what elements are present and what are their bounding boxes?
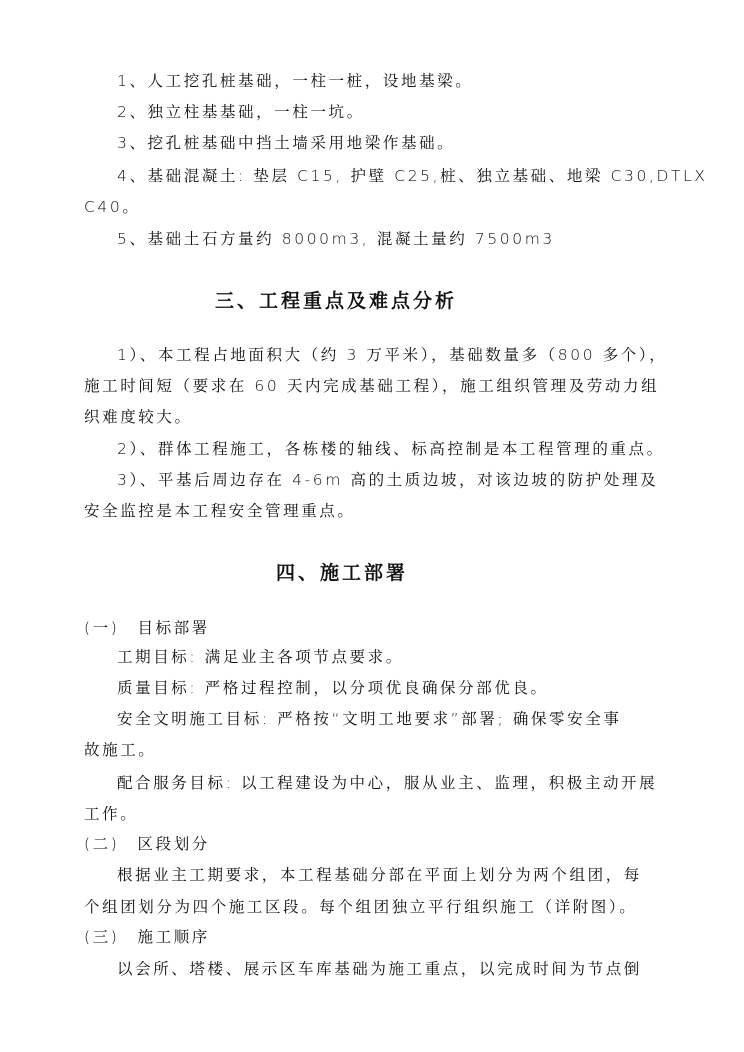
- subsection-1-line: 质量目标: 严格过程控制，以分项优良确保分部优良。: [117, 677, 549, 699]
- section-3-line: 3）、平基后周边存在 4-6m 高的土质边坡，对该边坡的防护处理及: [117, 469, 658, 491]
- section-3-line: 织难度较大。: [84, 406, 193, 428]
- subsection-2-title: (二) 区段划分: [84, 833, 210, 855]
- list-item-3: 3、挖孔桩基础中挡土墙采用地梁作基础。: [117, 132, 455, 154]
- subsection-1-line: 配合服务目标: 以工程建设为中心，服从业主、监理，积极主动开展: [117, 772, 657, 794]
- subsection-3-title: (三) 施工顺序: [84, 926, 210, 948]
- section-3-line: 2）、群体工程施工，各栋楼的轴线、标高控制是本工程管理的重点。: [117, 438, 665, 460]
- section-3-line: 1）、本工程占地面积大（约 3 万平米），基础数量多（800 多个），: [117, 344, 667, 366]
- section-3-line: 安全监控是本工程安全管理重点。: [84, 500, 356, 522]
- list-item-1: 1、人工挖孔桩基础，一柱一桩，设地基梁。: [117, 70, 473, 92]
- subsection-1-line: 安全文明施工目标: 严格按“文明工地要求”部署; 确保零安全事: [117, 708, 621, 730]
- subsection-1-line: 工期目标: 满足业主各项节点要求。: [117, 646, 404, 668]
- list-item-4: 4、基础混凝土: 垫层 C15, 护壁 C25,桩、独立基础、地梁 C30,DT…: [117, 165, 708, 187]
- subsection-1-title: (一) 目标部署: [84, 617, 210, 639]
- subsection-1-line: 故施工。: [84, 739, 156, 761]
- subsection-2-line: 根据业主工期要求，本工程基础分部在平面上划分为两个组团，每: [117, 864, 642, 886]
- subsection-3-line: 以会所、塔楼、展示区车库基础为施工重点，以完成时间为节点倒: [117, 958, 642, 980]
- section-3-heading: 三、工程重点及难点分析: [215, 288, 457, 314]
- section-4-heading: 四、施工部署: [276, 560, 408, 586]
- subsection-2-line: 个组团划分为四个施工区段。每个组团独立平行组织施工（详附图）。: [84, 896, 637, 918]
- list-item-4-cont: C40。: [84, 196, 140, 218]
- section-3-line: 施工时间短（要求在 60 天内完成基础工程），施工组织管理及劳动力组: [84, 375, 659, 397]
- list-item-5: 5、基础土石方量约 8000m3, 混凝土量约 7500m3: [117, 228, 555, 250]
- list-item-2: 2、独立柱基基础，一柱一坑。: [117, 101, 365, 123]
- subsection-1-line: 工作。: [84, 803, 138, 825]
